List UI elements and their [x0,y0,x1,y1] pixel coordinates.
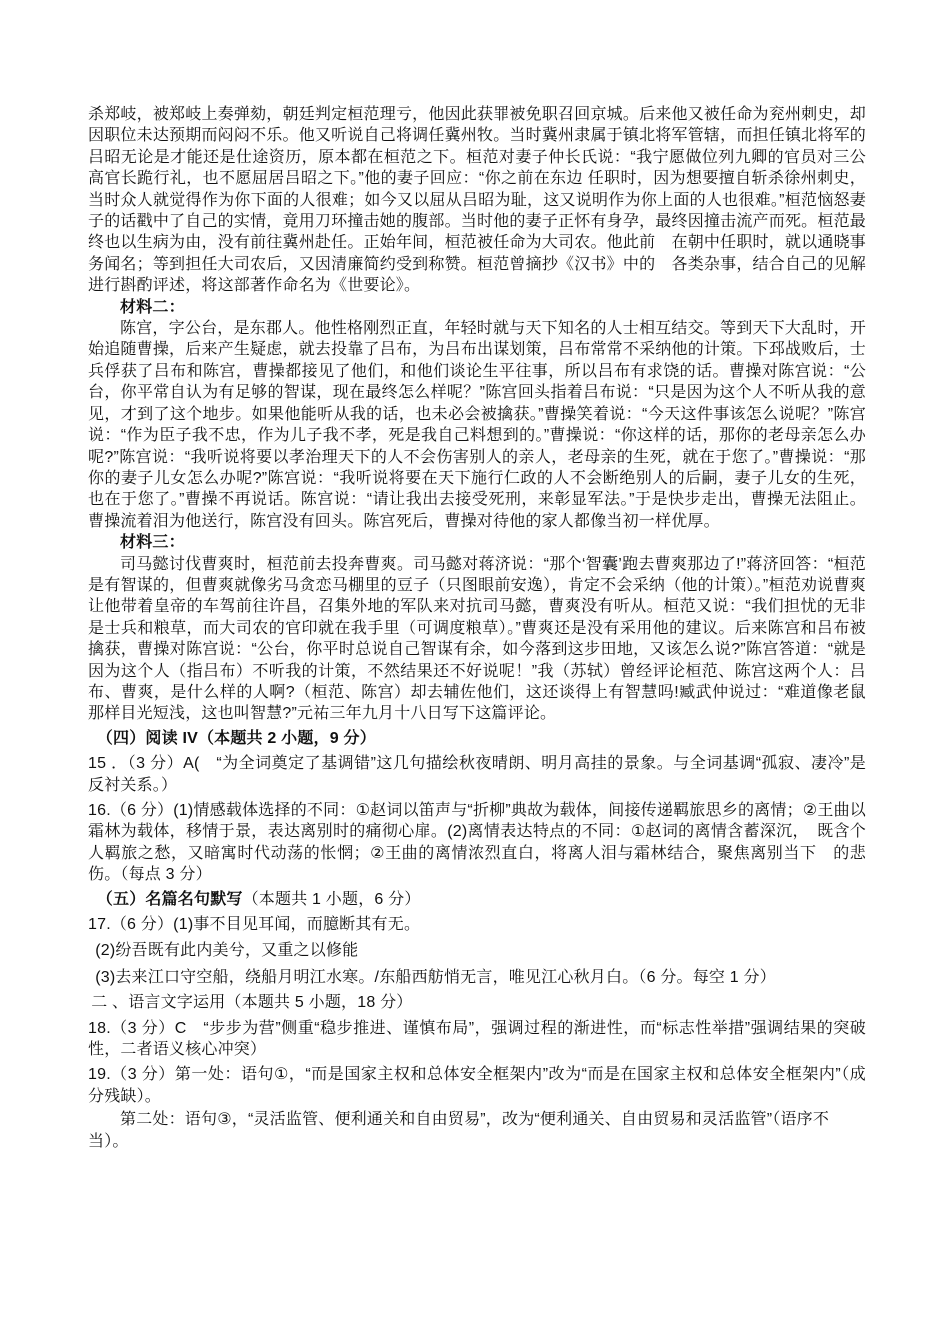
answer-item-17-3-text: (3)去来江口守空船，绕船月明江水寒。/东船西舫悄无言，唯见江心秋月白。（6 分… [95,969,776,986]
heading-section-two: 二 、语言文字运用（本题共 5 小题，18 分） [88,992,866,1013]
paragraph-material3-translation-text: 司马懿讨伐曹爽时，桓范前去投奔曹爽。司马懿对蒋济说：“那个‘智囊’跑去曹爽那边了… [88,556,866,723]
paragraph-material1-translation-text: 杀郑岐，被郑岐上奏弹劾，朝廷判定桓范理亏，他因此获罪被免职召回京城。后来他又被任… [88,106,866,294]
answer-item-18: 18.（3 分）C “步步为营”侧重“稳步推进、谨慎布局”，强调过程的渐进性，而… [88,1018,866,1061]
heading-section-4-text: （四）阅读 IV（本题共 2 小题，9 分） [97,730,376,747]
answer-item-19-1-text: 19.（3 分）第一处：语句①，“而是国家主权和总体安全框架内”改为“而是在国家… [88,1066,866,1104]
answer-item-18-text: 18.（3 分）C “步步为营”侧重“稳步推进、谨慎布局”，强调过程的渐进性，而… [88,1020,866,1058]
heading-section-4: （四）阅读 IV（本题共 2 小题，9 分） [88,728,866,749]
label-material-3-text: 材料三： [120,534,185,551]
paragraph-material2-translation: 陈宫，字公台，是东郡人。他性格刚烈正直，年轻时就与天下知名的人士相互结交。等到天… [88,318,866,532]
answer-item-17-3: (3)去来江口守空船，绕船月明江水寒。/东船西舫悄无言，唯见江心秋月白。（6 分… [88,967,866,988]
document-page: 杀郑岐，被郑岐上奏弹劾，朝廷判定桓范理亏，他因此获罪被免职召回京城。后来他又被任… [0,0,950,1344]
paragraph-material3-translation: 司马懿讨伐曹爽时，桓范前去投奔曹爽。司马懿对蒋济说：“那个‘智囊’跑去曹爽那边了… [88,554,866,725]
heading-section-5: （五）名篇名句默写（本题共 1 小题，6 分） [88,889,866,910]
document-text-blocks: 杀郑岐，被郑岐上奏弹劾，朝廷判定桓范理亏，他因此获罪被免职召回京城。后来他又被任… [88,104,866,1152]
answer-item-17-2: (2)纷吾既有此内美兮，又重之以修能 [88,940,866,961]
answer-item-16: 16.（6 分）(1)情感载体选择的不同：①赵词以笛声与“折柳”典故为载体，间接… [88,800,866,886]
label-material-2: 材料二： [88,297,866,318]
heading-section-5-text: （五）名篇名句默写 [97,891,243,908]
label-material-2-text: 材料二： [120,299,185,316]
answer-item-16-text: 16.（6 分）(1)情感载体选择的不同：①赵词以笛声与“折柳”典故为载体，间接… [88,802,866,883]
answer-item-15-text: 15 ．（3 分）A( “为全词奠定了基调错”这几句描绘秋夜晴朗、明月高挂的景象… [88,755,866,793]
label-material-3: 材料三： [88,532,866,553]
answer-item-19-2: 第二处：语句③，“灵活监管、便利通关和自由贸易”，改为“便利通关、自由贸易和灵活… [88,1109,866,1152]
answer-item-17-1: 17.（6 分）(1)事不目见耳闻，而臆断其有无。 [88,914,866,935]
answer-item-15: 15 ．（3 分）A( “为全词奠定了基调错”这几句描绘秋夜晴朗、明月高挂的景象… [88,753,866,796]
heading-section-two-text: 二 、语言文字运用（本题共 5 小题，18 分） [91,994,412,1011]
answer-item-19-1: 19.（3 分）第一处：语句①，“而是国家主权和总体安全框架内”改为“而是在国家… [88,1064,866,1107]
paragraph-material1-translation: 杀郑岐，被郑岐上奏弹劾，朝廷判定桓范理亏，他因此获罪被免职召回京城。后来他又被任… [88,104,866,297]
paragraph-material2-translation-text: 陈宫，字公台，是东郡人。他性格刚烈正直，年轻时就与天下知名的人士相互结交。等到天… [88,320,866,530]
answer-item-17-2-text: (2)纷吾既有此内美兮，又重之以修能 [95,942,358,959]
answer-item-17-1-text: 17.（6 分）(1)事不目见耳闻，而臆断其有无。 [88,916,420,933]
heading-section-5-text: （本题共 1 小题，6 分） [243,891,421,908]
answer-item-19-2-text: 第二处：语句③，“灵活监管、便利通关和自由贸易”，改为“便利通关、自由贸易和灵活… [88,1111,829,1149]
